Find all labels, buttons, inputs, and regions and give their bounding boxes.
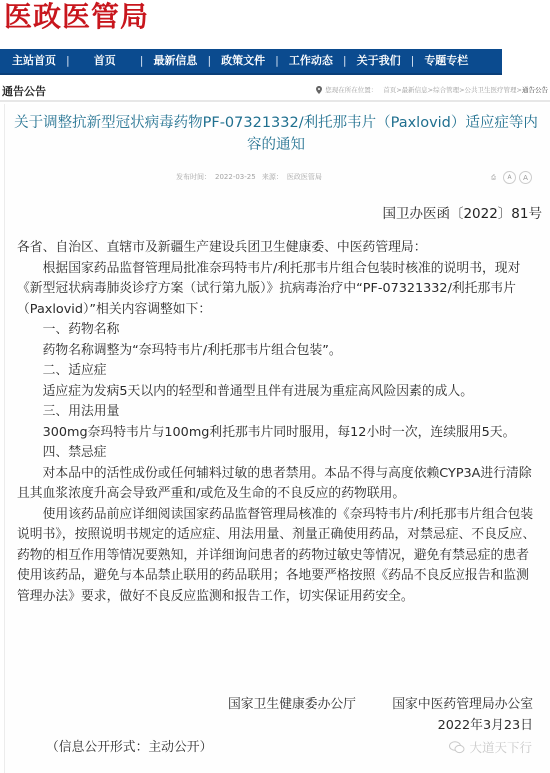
nav-separator: | — [343, 49, 347, 73]
wechat-icon — [449, 741, 465, 754]
breadcrumb-item-home[interactable]: 首页 — [383, 85, 396, 94]
font-smaller-button[interactable]: A — [503, 171, 516, 184]
source-label: 来源： — [262, 173, 283, 181]
article-body: 各省、自治区、直辖市及新疆生产建设兵团卫生健康委、中医药管理局： 根据国家药品监… — [17, 238, 537, 607]
breadcrumb: 您现在所在位置： 首页 > 最新信息 > 综合管理 > 公共卫生医疗管理 > 通… — [316, 85, 548, 94]
document-number: 国卫办医函〔2022〕81号 — [382, 202, 542, 222]
nav-item-main-site[interactable]: 主站首页 — [12, 49, 56, 73]
nav-item-topics[interactable]: 专题专栏 — [424, 49, 468, 73]
location-pin-icon — [316, 86, 322, 94]
paragraph: 对本品中的活性成份或任何辅料过敏的患者禁用。本品不得与高度依赖CYP3A进行清除… — [17, 464, 537, 505]
watermark-text: 大道天下行 — [469, 738, 532, 756]
section-heading: 二、适应症 — [17, 361, 537, 382]
article-title: 关于调整抗新型冠状病毒药物PF-07321332/利托那韦片（Paxlovid）… — [8, 112, 544, 156]
breadcrumb-item-general[interactable]: 综合管理 — [433, 85, 459, 94]
section-heading: 三、用法用量 — [17, 402, 537, 423]
signature-date: 2022年3月23日 — [438, 714, 533, 733]
breadcrumb-prefix: 您现在所在位置： — [325, 85, 377, 94]
breadcrumb-item-latest[interactable]: 最新信息 — [402, 85, 428, 94]
nav-separator: | — [66, 49, 70, 73]
nav-item-about[interactable]: 关于我们 — [357, 49, 401, 73]
paragraph: 根据国家药品监督管理局批准奈玛特韦片/利托那韦片组合包装时核准的说明书，现对《新… — [17, 259, 537, 321]
source: 医政医管局 — [287, 173, 322, 181]
signature-nhc: 国家卫生健康委办公厅 — [228, 693, 356, 712]
nav-separator: | — [207, 49, 211, 73]
nav-item-policy[interactable]: 政策文件 — [221, 49, 265, 73]
salutation: 各省、自治区、直辖市及新疆生产建设兵团卫生健康委、中医药管理局： — [17, 238, 537, 259]
nav-item-work-news[interactable]: 工作动态 — [289, 49, 333, 73]
font-larger-button[interactable]: A — [519, 171, 532, 184]
disclosure-note: （信息公开形式：主动公开） — [46, 736, 212, 755]
watermark: 大道天下行 — [449, 738, 532, 756]
publish-date: 2022-03-25 — [215, 173, 256, 181]
section-header: 通告公告 您现在所在位置： 首页 > 最新信息 > 综合管理 > 公共卫生医疗管… — [0, 82, 550, 102]
breadcrumb-item-public-health[interactable]: 公共卫生医疗管理 — [465, 85, 517, 94]
signature-natcm: 国家中医药管理局办公室 — [392, 693, 533, 712]
site-logo[interactable]: 医政医管局 — [4, 0, 149, 34]
paragraph: 适应症为发病5天以内的轻型和普通型且伴有进展为重症高风险因素的成人。 — [17, 382, 537, 403]
print-icon[interactable]: ⎙ — [487, 171, 500, 184]
publish-label: 发布时间： — [176, 173, 211, 181]
nav-item-home[interactable]: 首页 — [94, 49, 116, 73]
nav-item-latest[interactable]: 最新信息 — [153, 49, 197, 73]
paragraph: 300mg奈玛特韦片与100mg利托那韦片同时服用，每12小时一次，连续服用5天… — [17, 423, 537, 444]
paragraph: 药物名称调整为“奈玛特韦片/利托那韦片组合包装”。 — [17, 341, 537, 362]
breadcrumb-item-current[interactable]: 通告公告 — [522, 85, 548, 94]
section-heading: 四、禁忌症 — [17, 443, 537, 464]
section-title: 通告公告 — [2, 83, 46, 99]
section-heading: 一、药物名称 — [17, 320, 537, 341]
paragraph: 使用该药品前应详细阅读国家药品监督管理局核准的《奈玛特韦片/利托那韦片组合包装说… — [17, 505, 537, 608]
nav-separator: | — [275, 49, 279, 73]
main-nav: 主站首页 | 首页 | 最新信息 | 政策文件 | 工作动态 | 关于我们 | … — [0, 49, 502, 75]
nav-separator: | — [140, 49, 144, 73]
article-tools: ⎙ A A — [487, 171, 532, 184]
nav-separator: | — [411, 49, 415, 73]
article-meta: 发布时间：2022-03-25 来源：医政医管局 — [176, 172, 326, 182]
